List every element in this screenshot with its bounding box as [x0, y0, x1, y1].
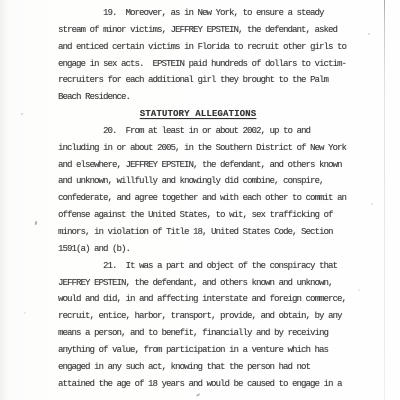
scan-speck	[358, 289, 360, 291]
paragraph-20-line: minors, in violation of Title 18, United…	[58, 224, 354, 241]
scan-speck	[196, 393, 200, 397]
scanned-document-page: 19. Moreover, as in New York, to ensure …	[0, 0, 400, 400]
paragraph-19-line: engage in sex acts. EPSTEIN paid hundred…	[58, 56, 354, 73]
scan-speck	[24, 312, 26, 314]
paragraph-19-line: Beach Residence.	[58, 89, 354, 106]
paragraph-20-line: including in or about 2005, in the South…	[58, 140, 354, 157]
paragraph-19-line: 19. Moreover, as in New York, to ensure …	[58, 5, 354, 22]
paragraph-20-line: confederate, and agree together and with…	[58, 190, 354, 207]
paragraph-21-line: would and did, in and affecting intersta…	[58, 291, 354, 308]
paragraph-20-line: and elsewhere, JEFFREY EPSTEIN, the defe…	[58, 157, 354, 174]
paragraph-21-line: anything of value, from participation in…	[58, 342, 354, 359]
paragraph-19-line: recruiters for each additional girl they…	[58, 72, 354, 89]
statutory-allegations-heading: STATUTORY ALLEGATIONS	[50, 106, 346, 123]
scan-speck	[21, 113, 23, 115]
paragraph-21-line: 21. It was a part and object of the cons…	[58, 258, 354, 275]
scan-edge-line	[384, 0, 385, 400]
document-text-blocks: 19. Moreover, as in New York, to ensure …	[58, 5, 354, 392]
paragraph-21-line: means a person, and to benefit, financia…	[58, 325, 354, 342]
paragraph-21-line: attained the age of 18 years and would b…	[58, 376, 354, 393]
paragraph-21-line: JEFFREY EPSTEIN, the defendant, and othe…	[58, 275, 354, 292]
scan-speck	[371, 203, 373, 205]
paragraph-19-line: and enticed certain victims in Florida t…	[58, 39, 354, 56]
scan-speck	[368, 33, 370, 35]
paragraph-20-line: offense against the United States, to wi…	[58, 207, 354, 224]
paragraph-20-line: and unknown, willfully and knowingly did…	[58, 173, 354, 190]
scan-speck	[35, 221, 38, 225]
paragraph-20-line: 20. From at least in or about 2002, up t…	[58, 123, 354, 140]
paragraph-20-line: 1591(a) and (b).	[58, 241, 354, 258]
paragraph-21-line: recruit, entice, harbor, transport, prov…	[58, 308, 354, 325]
paragraph-19-line: stream of minor victims, JEFFREY EPSTEIN…	[58, 22, 354, 39]
paragraph-21-line: engaged in any such act, knowing that th…	[58, 359, 354, 376]
